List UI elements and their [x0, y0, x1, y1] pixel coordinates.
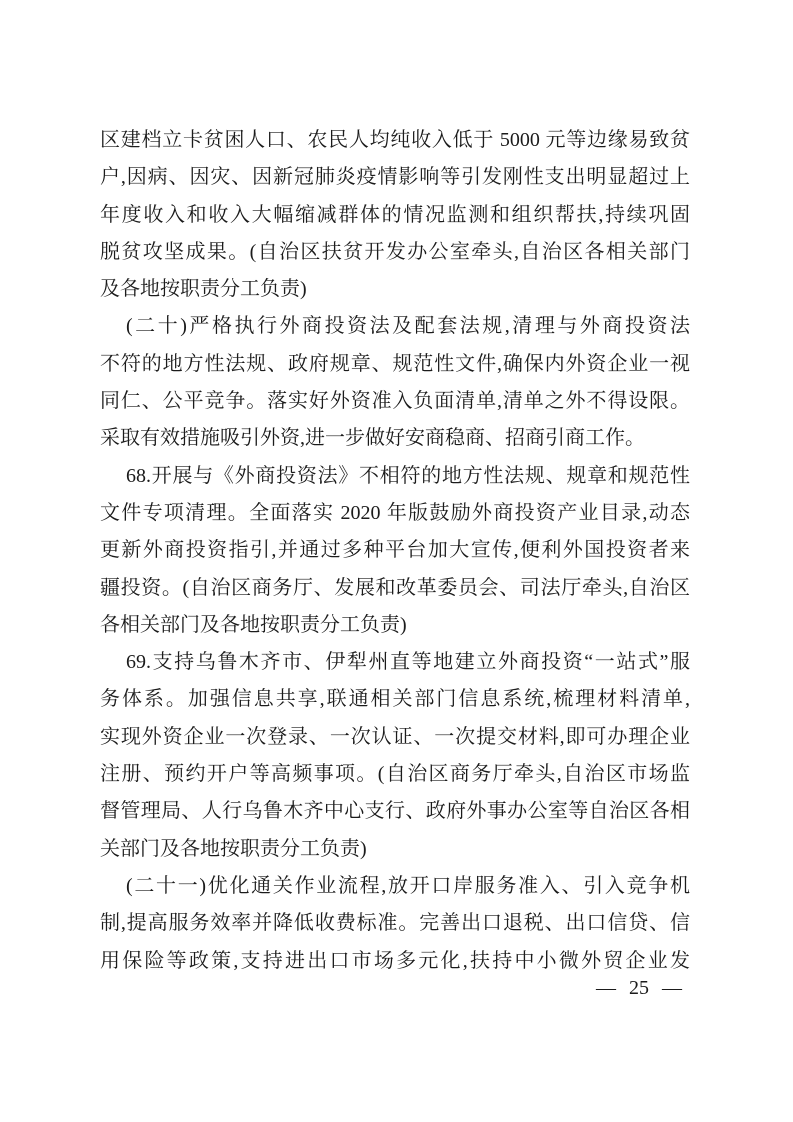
- text-line: 及各地按职责分工负责): [100, 271, 690, 308]
- text-line: 户,因病、因灾、因新冠肺炎疫情影响等引发刚性支出明显超过上: [100, 159, 690, 196]
- text-line: 采取有效措施吸引外资,进一步做好安商稳商、招商引商工作。: [100, 420, 690, 457]
- footer-dash-left: —: [596, 977, 616, 999]
- text-line: 68.开展与《外商投资法》不相符的地方性法规、规章和规范性: [100, 458, 690, 495]
- paragraph: (二十一)优化通关作业流程,放开口岸服务准入、引入竞争机制,提高服务效率并降低收…: [100, 868, 690, 980]
- text-line: 区建档立卡贫困人口、农民人均纯收入低于 5000 元等边缘易致贫: [100, 122, 690, 159]
- paragraph: 区建档立卡贫困人口、农民人均纯收入低于 5000 元等边缘易致贫户,因病、因灾、…: [100, 122, 690, 308]
- text-line: 不符的地方性法规、政府规章、规范性文件,确保内外资企业一视: [100, 346, 690, 383]
- page-footer: —25—: [100, 974, 690, 1002]
- text-line: 疆投资。(自治区商务厅、发展和改革委员会、司法厅牵头,自治区: [100, 570, 690, 607]
- text-line: 更新外商投资指引,并通过多种平台加大宣传,便利外国投资者来: [100, 532, 690, 569]
- text-line: (二十)严格执行外商投资法及配套法规,清理与外商投资法: [100, 308, 690, 345]
- text-line: 脱贫攻坚成果。(自治区扶贫开发办公室牵头,自治区各相关部门: [100, 234, 690, 271]
- text-line: 各相关部门及各地按职责分工负责): [100, 607, 690, 644]
- text-line: 注册、预约开户等高频事项。(自治区商务厅牵头,自治区市场监: [100, 756, 690, 793]
- document-page: 区建档立卡贫困人口、农民人均纯收入低于 5000 元等边缘易致贫户,因病、因灾、…: [0, 0, 793, 1122]
- text-line: 69.支持乌鲁木齐市、伊犁州直等地建立外商投资“一站式”服: [100, 644, 690, 681]
- footer-dash-right: —: [662, 977, 682, 999]
- page-number: 25: [629, 977, 649, 999]
- text-line: 制,提高服务效率并降低收费标准。完善出口退税、出口信贷、信: [100, 905, 690, 942]
- text-line: 年度收入和收入大幅缩减群体的情况监测和组织帮扶,持续巩固: [100, 197, 690, 234]
- text-line: 督管理局、人行乌鲁木齐中心支行、政府外事办公室等自治区各相: [100, 793, 690, 830]
- text-line: 文件专项清理。全面落实 2020 年版鼓励外商投资产业目录,动态: [100, 495, 690, 532]
- text-body: 区建档立卡贫困人口、农民人均纯收入低于 5000 元等边缘易致贫户,因病、因灾、…: [100, 122, 690, 980]
- paragraph: (二十)严格执行外商投资法及配套法规,清理与外商投资法不符的地方性法规、政府规章…: [100, 308, 690, 457]
- paragraph: 68.开展与《外商投资法》不相符的地方性法规、规章和规范性文件专项清理。全面落实…: [100, 458, 690, 644]
- text-line: 关部门及各地按职责分工负责): [100, 831, 690, 868]
- text-line: 务体系。加强信息共享,联通相关部门信息系统,梳理材料清单,: [100, 681, 690, 718]
- text-line: (二十一)优化通关作业流程,放开口岸服务准入、引入竞争机: [100, 868, 690, 905]
- paragraph: 69.支持乌鲁木齐市、伊犁州直等地建立外商投资“一站式”服务体系。加强信息共享,…: [100, 644, 690, 868]
- text-line: 实现外资企业一次登录、一次认证、一次提交材料,即可办理企业: [100, 719, 690, 756]
- text-line: 同仁、公平竞争。落实好外资准入负面清单,清单之外不得设限。: [100, 383, 690, 420]
